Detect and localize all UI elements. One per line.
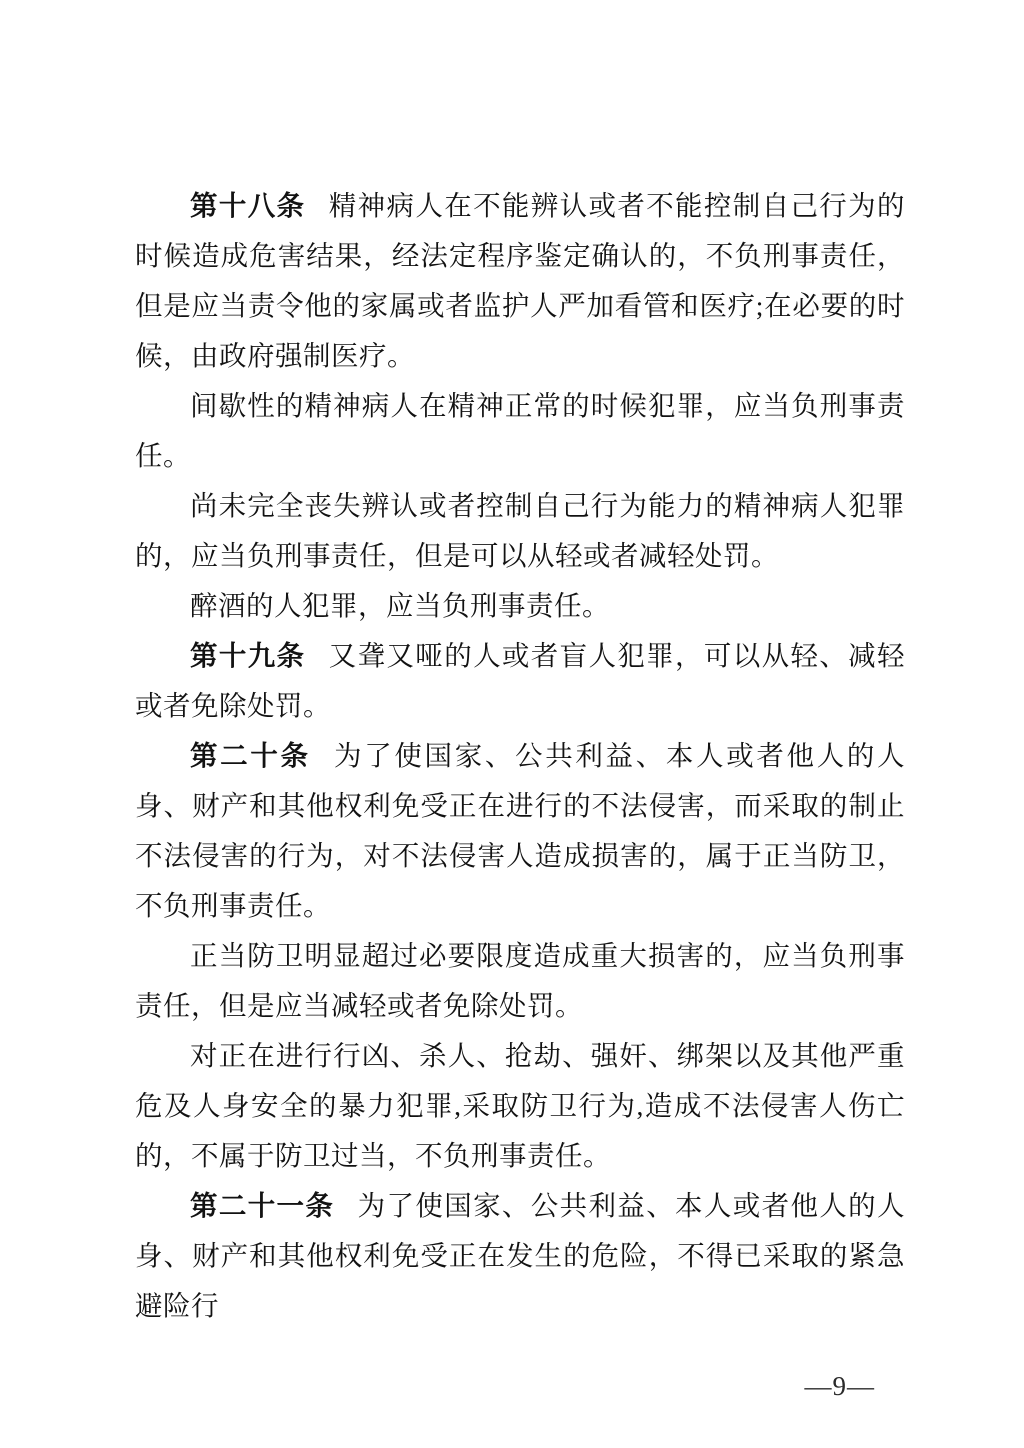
article-number: 第十八条 [190, 190, 305, 221]
article-number: 第二十一条 [190, 1190, 334, 1221]
paragraph-text: 醉酒的人犯罪，应当负刑事责任。 [190, 590, 610, 621]
paragraph: 间歇性的精神病人在精神正常的时候犯罪，应当负刑事责任。 [135, 381, 905, 481]
article-number: 第二十条 [190, 740, 311, 771]
article-number: 第十九条 [190, 640, 305, 671]
paragraph: 对正在进行行凶、杀人、抢劫、强奸、绑架以及其他严重危及人身安全的暴力犯罪,采取防… [135, 1031, 905, 1181]
paragraph: 第十九条又聋又哑的人或者盲人犯罪，可以从轻、减轻或者免除处罚。 [135, 631, 905, 731]
paragraph: 第十八条精神病人在不能辨认或者不能控制自己行为的时候造成危害结果，经法定程序鉴定… [135, 181, 905, 381]
paragraph: 第二十条为了使国家、公共利益、本人或者他人的人身、财产和其他权利免受正在进行的不… [135, 731, 905, 931]
page-number: —9— [805, 1368, 876, 1404]
paragraph: 第二十一条为了使国家、公共利益、本人或者他人的人身、财产和其他权利免受正在发生的… [135, 1181, 905, 1331]
paragraph-text: 正当防卫明显超过必要限度造成重大损害的，应当负刑事责任，但是应当减轻或者免除处罚… [135, 940, 905, 1021]
document-body: 第十八条精神病人在不能辨认或者不能控制自己行为的时候造成危害结果，经法定程序鉴定… [135, 181, 905, 1331]
paragraph-text: 间歇性的精神病人在精神正常的时候犯罪，应当负刑事责任。 [135, 390, 905, 471]
document-page: 第十八条精神病人在不能辨认或者不能控制自己行为的时候造成危害结果，经法定程序鉴定… [0, 0, 1024, 1448]
paragraph: 正当防卫明显超过必要限度造成重大损害的，应当负刑事责任，但是应当减轻或者免除处罚… [135, 931, 905, 1031]
paragraph-text: 尚未完全丧失辨认或者控制自己行为能力的精神病人犯罪的，应当负刑事责任，但是可以从… [135, 490, 905, 571]
paragraph: 尚未完全丧失辨认或者控制自己行为能力的精神病人犯罪的，应当负刑事责任，但是可以从… [135, 481, 905, 581]
paragraph: 醉酒的人犯罪，应当负刑事责任。 [135, 581, 905, 631]
paragraph-text: 对正在进行行凶、杀人、抢劫、强奸、绑架以及其他严重危及人身安全的暴力犯罪,采取防… [135, 1040, 905, 1171]
